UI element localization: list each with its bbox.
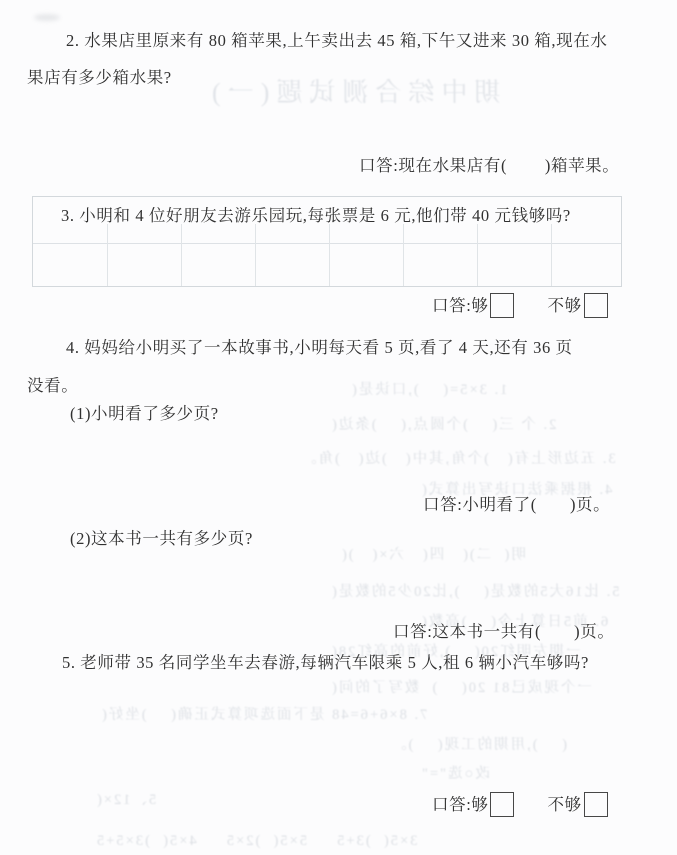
problem-3-text: 3. 小明和 4 位好朋友去游乐园玩,每张票是 6 元,他们带 40 元钱够吗? — [61, 202, 571, 226]
bleed-through-title: 期中综合测试题(一) — [205, 72, 500, 109]
grid-horizontal-line — [33, 243, 621, 244]
grid-vertical-line — [551, 224, 552, 286]
problem-5-answer-row: 口答:够不够 — [432, 791, 608, 817]
grid-vertical-line — [255, 224, 256, 286]
answer-checkbox-not-enough — [584, 792, 608, 817]
grid-vertical-line — [329, 224, 330, 286]
answer-not-enough-label: 不够 — [547, 791, 581, 815]
scan-smudge — [34, 14, 60, 21]
problem-4-answer-2: 口答:这本书一共有( )页。 — [393, 622, 614, 643]
answer-checkbox-not-enough — [584, 293, 608, 318]
problem-4-answer-1: 口答:小明看了( )页。 — [423, 495, 610, 516]
problem-2-text-line2: 果店有多少箱水果? — [27, 68, 172, 89]
problem-2-text-line1: 2. 水果店里原来有 80 箱苹果,上午卖出去 45 箱,下午又进来 30 箱,… — [66, 31, 607, 52]
bleed-through-text: 1. 3×5=( ),口诀是( — [350, 378, 507, 399]
grid-vertical-line — [107, 224, 108, 286]
bleed-through-text: 明( 二)( 四( 六×( )( — [340, 543, 526, 564]
answer-enough-label: 口答:够 — [432, 292, 488, 316]
answer-checkbox-enough — [490, 792, 514, 817]
answer-enough-label: 口答:够 — [432, 791, 488, 815]
bleed-through-text: 3. 五边形上有( )个角,其中( )边( )角。 — [300, 447, 616, 468]
grid-vertical-line — [181, 224, 182, 286]
bleed-through-text: 5、12×( — [95, 788, 156, 809]
problem-4-question-1: (1)小明看了多少页? — [70, 404, 219, 425]
bleed-through-text: ( ),用期的工现( )。 — [390, 733, 567, 754]
grid-vertical-line — [477, 224, 478, 286]
problem-3-work-grid: 3. 小明和 4 位好朋友去游乐园玩,每张票是 6 元,他们带 40 元钱够吗? — [32, 196, 622, 287]
problem-2-answer-line: 口答:现在水果店有( )箱苹果。 — [359, 156, 619, 177]
bleed-through-text: 一个现成已81 20( ) 数写了的问( — [330, 676, 592, 697]
bleed-through-text: 5. 比16大5的数是( ),比20少5的数是( — [330, 580, 620, 601]
answer-checkbox-enough — [490, 293, 514, 318]
problem-4-text-line2: 没看。 — [27, 376, 78, 397]
problem-3-answer-row: 口答:够不够 — [432, 292, 608, 318]
bleed-through-text: 2. 个 三( )个圆点,( )条边( — [330, 413, 556, 434]
problem-4-question-2: (2)这本书一共有多少页? — [70, 529, 253, 550]
bleed-through-text: 3×5( )3+5 5×5( )2×5 4×5( )3×5+5 — [95, 833, 417, 850]
bleed-through-text: 7. 8×6+6=48 是下面选项算式正确( )坐好( — [100, 703, 427, 724]
problem-5-text: 5. 老师带 35 名同学坐车去春游,每辆汽车限乘 5 人,租 6 辆小汽车够吗… — [62, 653, 589, 674]
answer-not-enough-label: 不够 — [547, 292, 581, 316]
problem-4-text-line1: 4. 妈妈给小明买了一本故事书,小明每天看 5 页,看了 4 天,还有 36 页 — [66, 338, 573, 359]
scanned-worksheet-page: 期中综合测试题(一) 2. 水果店里原来有 80 箱苹果,上午卖出去 45 箱,… — [0, 0, 677, 855]
bleed-through-text: 改○选"=" — [420, 762, 490, 783]
grid-vertical-line — [403, 224, 404, 286]
